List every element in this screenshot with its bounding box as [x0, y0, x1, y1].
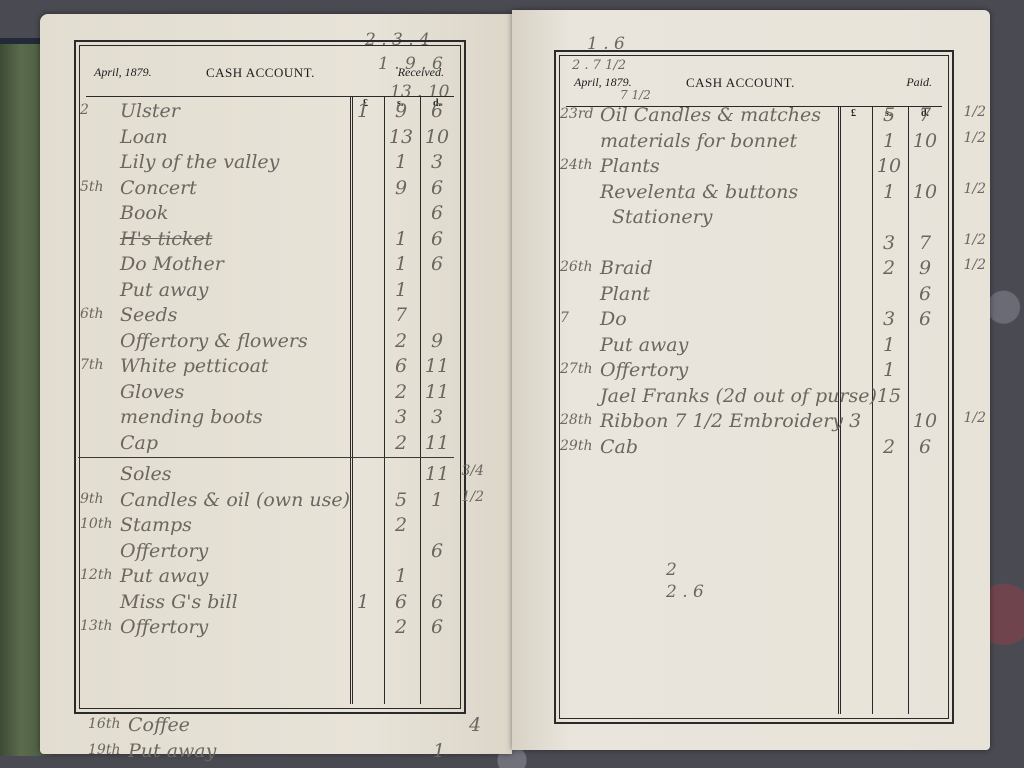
ledger-row: Offertory & flowers29 [102, 330, 454, 356]
ledger-row: 19thPut away1 [110, 740, 490, 766]
ledger-row: 13thOffertory26 [102, 616, 454, 642]
ledger-row: 371/2 [582, 232, 942, 258]
ledger-row: Put away1 [102, 279, 454, 305]
ledger-row: Loan1310 [102, 126, 454, 152]
ledger-row: Stationery [582, 206, 942, 232]
page-header: April, 1879. CASH ACCOUNT. Paid. [566, 60, 942, 107]
below-frame-entries: 16thCoffee4 19thPut away1 [110, 714, 490, 765]
ledger-row: Plant6 [582, 283, 942, 309]
ledger-row: mending boots33 [102, 406, 454, 432]
header-title: CASH ACCOUNT. [686, 75, 795, 91]
ledger-row: 12thPut away1 [102, 565, 454, 591]
ruled-divider [78, 457, 454, 458]
ledger-row: Cap211 [102, 432, 454, 458]
right-page-paid: 1 . 6 2 . 7 1/2 7 1/2 April, 1879. CASH … [512, 10, 990, 750]
ledger-row: Offertory6 [102, 540, 454, 566]
header-paid: Paid. [906, 75, 932, 90]
ledger-row: Put away1 [582, 334, 942, 360]
entries-list: 2Ulster196 Loan1310 Lily of the valley13… [102, 100, 454, 642]
ledger-row: 27thOffertory1 [582, 359, 942, 385]
header-month: April, 1879. [94, 65, 152, 80]
ledger-row: Jael Franks (2d out of purse)15 [582, 385, 942, 411]
ledger-row: Revelenta & buttons1101/2 [582, 181, 942, 207]
header-month: April, 1879. [574, 75, 632, 90]
ledger-row: 23rdOil Candles & matches571/2 [582, 104, 942, 130]
ledger-frame: April, 1879. CASH ACCOUNT. Received. £ s… [74, 40, 466, 714]
ledger-row: materials for bonnet1101/2 [582, 130, 942, 156]
ledger-row: Gloves211 [102, 381, 454, 407]
ledger-row: Book6 [102, 202, 454, 228]
ledger-row: Soles113/4 [102, 463, 454, 489]
ledger-row: 29thCab26 [582, 436, 942, 462]
ledger-row: 16thCoffee4 [110, 714, 490, 740]
bottom-note: 2 [666, 560, 677, 580]
ledger-row: 28thRibbon 7 1/2 Embroidery 3101/2 [582, 410, 942, 436]
ledger-row: Lily of the valley13 [102, 151, 454, 177]
ledger-row: 24thPlants10 [582, 155, 942, 181]
ledger-row: 7Do36 [582, 308, 942, 334]
ledger-row: Do Mother16 [102, 253, 454, 279]
page-header: April, 1879. CASH ACCOUNT. Received. [86, 50, 454, 97]
ledger-row: 2Ulster196 [102, 100, 454, 126]
entries-list: 23rdOil Candles & matches571/2 materials… [582, 104, 942, 461]
ledger-row: Miss G's bill166 [102, 591, 454, 617]
ledger-row: 6thSeeds7 [102, 304, 454, 330]
ledger-row: 26thBraid291/2 [582, 257, 942, 283]
ledger-row: 7thWhite petticoat611 [102, 355, 454, 381]
header-received: Received. [398, 65, 444, 80]
ledger-row: 9thCandles & oil (own use)511/2 [102, 489, 454, 515]
ledger-row: 5thConcert96 [102, 177, 454, 203]
header-title: CASH ACCOUNT. [206, 65, 315, 81]
ledger-frame: April, 1879. CASH ACCOUNT. Paid. £ s. d.… [554, 50, 954, 724]
ledger-row: 10thStamps2 [102, 514, 454, 540]
left-page-received: 2 . 3 . 4 1 . 9 . 6 13 . 10 April, 1879.… [40, 14, 512, 754]
ledger-row: H's ticket16 [102, 228, 454, 254]
bottom-note: 2 . 6 [666, 582, 704, 602]
